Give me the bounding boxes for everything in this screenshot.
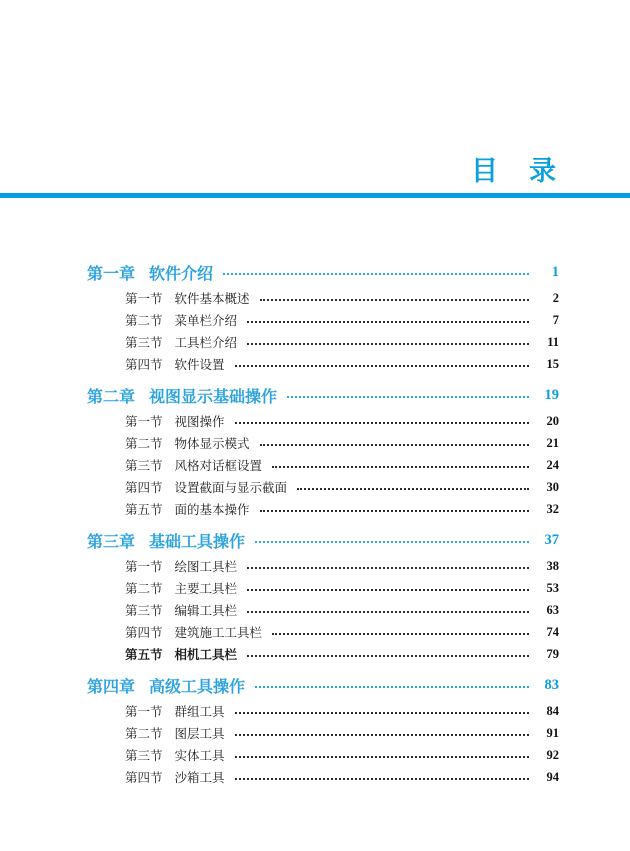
section-label: 第一节 (125, 289, 163, 307)
toc-page: 目 录 第一章 软件介绍 1 第一节 软件基本概述 2 第二节 菜单栏介绍 7 (0, 0, 630, 851)
toc-chapter-row: 第四章 高级工具操作 83 (87, 673, 559, 697)
dot-leader (247, 343, 529, 345)
section-title: 相机工具栏 (175, 645, 238, 663)
section-title: 物体显示模式 (175, 434, 250, 452)
section-page-number: 53 (535, 581, 559, 596)
section-page-number: 84 (535, 704, 559, 719)
dot-leader (235, 712, 529, 714)
toc-chapter-row: 第一章 软件介绍 1 (87, 260, 559, 284)
section-page-number: 15 (535, 357, 559, 372)
dot-leader (247, 655, 529, 657)
page-title: 目 录 (471, 156, 558, 186)
dot-leader (235, 756, 529, 758)
chapter-page-number: 1 (535, 264, 559, 281)
section-page-number: 92 (535, 748, 559, 763)
toc-section-row: 第四节 沙箱工具 94 (87, 766, 559, 788)
section-title: 实体工具 (175, 746, 225, 764)
section-label: 第一节 (125, 702, 163, 720)
dot-leader (260, 299, 529, 301)
chapter-block: 第二章 视图显示基础操作 19 第一节 视图操作 20 第二节 物体显示模式 2… (87, 383, 559, 520)
chapter-block: 第四章 高级工具操作 83 第一节 群组工具 84 第二节 图层工具 91 第三… (87, 673, 559, 788)
dot-leader (235, 422, 529, 424)
toc-section-row: 第三节 实体工具 92 (87, 744, 559, 766)
section-page-number: 30 (535, 480, 559, 495)
section-page-number: 91 (535, 726, 559, 741)
dot-leader (272, 466, 529, 468)
dot-leader (223, 273, 529, 275)
chapter-page-number: 37 (535, 532, 559, 549)
section-title: 工具栏介绍 (175, 333, 238, 351)
toc-chapter-row: 第三章 基础工具操作 37 (87, 528, 559, 552)
section-title: 风格对话框设置 (175, 456, 263, 474)
chapter-title: 视图显示基础操作 (149, 384, 277, 407)
toc-section-row: 第一节 群组工具 84 (87, 700, 559, 722)
section-label: 第四节 (125, 623, 163, 641)
toc-section-row: 第二节 图层工具 91 (87, 722, 559, 744)
toc-section-row: 第五节 面的基本操作 32 (87, 498, 559, 520)
section-title: 视图操作 (175, 412, 225, 430)
section-page-number: 20 (535, 414, 559, 429)
chapter-block: 第三章 基础工具操作 37 第一节 绘图工具栏 38 第二节 主要工具栏 53 … (87, 528, 559, 665)
dot-leader (297, 488, 529, 490)
chapter-page-number: 19 (535, 387, 559, 404)
dot-leader (260, 510, 529, 512)
section-page-number: 21 (535, 436, 559, 451)
chapter-title: 高级工具操作 (149, 674, 245, 697)
table-of-contents: 第一章 软件介绍 1 第一节 软件基本概述 2 第二节 菜单栏介绍 7 第三节 … (87, 260, 559, 788)
chapter-label: 第四章 (87, 674, 135, 697)
toc-section-row: 第二节 菜单栏介绍 7 (87, 309, 559, 331)
section-label: 第五节 (125, 645, 163, 663)
chapter-block: 第一章 软件介绍 1 第一节 软件基本概述 2 第二节 菜单栏介绍 7 第三节 … (87, 260, 559, 375)
section-title: 设置截面与显示截面 (175, 478, 288, 496)
toc-section-row: 第二节 主要工具栏 53 (87, 577, 559, 599)
dot-leader (255, 541, 529, 543)
dot-leader (247, 321, 529, 323)
section-label: 第二节 (125, 724, 163, 742)
section-page-number: 32 (535, 502, 559, 517)
toc-section-row: 第三节 工具栏介绍 11 (87, 331, 559, 353)
dot-leader (260, 444, 529, 446)
section-title: 沙箱工具 (175, 768, 225, 786)
dot-leader (272, 633, 529, 635)
toc-section-row: 第一节 软件基本概述 2 (87, 287, 559, 309)
section-title: 绘图工具栏 (175, 557, 238, 575)
dot-leader (235, 734, 529, 736)
section-page-number: 7 (535, 313, 559, 328)
title-divider-rule (0, 193, 630, 198)
section-label: 第四节 (125, 768, 163, 786)
chapter-title: 基础工具操作 (149, 529, 245, 552)
section-title: 建筑施工工具栏 (175, 623, 263, 641)
section-label: 第四节 (125, 478, 163, 496)
chapter-label: 第一章 (87, 261, 135, 284)
section-label: 第四节 (125, 355, 163, 373)
section-page-number: 79 (535, 647, 559, 662)
dot-leader (255, 686, 529, 688)
section-label: 第一节 (125, 557, 163, 575)
chapter-title: 软件介绍 (149, 261, 213, 284)
section-label: 第三节 (125, 333, 163, 351)
chapter-label: 第三章 (87, 529, 135, 552)
dot-leader (247, 567, 529, 569)
toc-section-row: 第三节 编辑工具栏 63 (87, 599, 559, 621)
toc-section-row: 第一节 绘图工具栏 38 (87, 555, 559, 577)
dot-leader (247, 611, 529, 613)
dot-leader (235, 365, 529, 367)
section-label: 第三节 (125, 456, 163, 474)
section-title: 主要工具栏 (175, 579, 238, 597)
section-label: 第二节 (125, 579, 163, 597)
section-label: 第二节 (125, 311, 163, 329)
section-page-number: 11 (535, 335, 559, 350)
section-page-number: 38 (535, 559, 559, 574)
dot-leader (287, 396, 529, 398)
page-title-row: 目 录 (0, 0, 630, 187)
toc-section-row: 第四节 建筑施工工具栏 74 (87, 621, 559, 643)
toc-section-row: 第五节 相机工具栏 79 (87, 643, 559, 665)
toc-section-row: 第一节 视图操作 20 (87, 410, 559, 432)
section-label: 第五节 (125, 500, 163, 518)
section-page-number: 63 (535, 603, 559, 618)
section-title: 群组工具 (175, 702, 225, 720)
section-label: 第三节 (125, 746, 163, 764)
section-page-number: 74 (535, 625, 559, 640)
section-page-number: 24 (535, 458, 559, 473)
section-page-number: 2 (535, 291, 559, 306)
section-title: 软件设置 (175, 355, 225, 373)
section-title: 菜单栏介绍 (175, 311, 238, 329)
section-title: 图层工具 (175, 724, 225, 742)
chapter-page-number: 83 (535, 677, 559, 694)
dot-leader (235, 778, 529, 780)
toc-section-row: 第四节 软件设置 15 (87, 353, 559, 375)
section-title: 编辑工具栏 (175, 601, 238, 619)
section-label: 第三节 (125, 601, 163, 619)
section-title: 软件基本概述 (175, 289, 250, 307)
toc-chapter-row: 第二章 视图显示基础操作 19 (87, 383, 559, 407)
section-label: 第二节 (125, 434, 163, 452)
dot-leader (247, 589, 529, 591)
toc-section-row: 第二节 物体显示模式 21 (87, 432, 559, 454)
section-title: 面的基本操作 (175, 500, 250, 518)
chapter-label: 第二章 (87, 384, 135, 407)
section-page-number: 94 (535, 770, 559, 785)
section-label: 第一节 (125, 412, 163, 430)
toc-section-row: 第四节 设置截面与显示截面 30 (87, 476, 559, 498)
toc-section-row: 第三节 风格对话框设置 24 (87, 454, 559, 476)
